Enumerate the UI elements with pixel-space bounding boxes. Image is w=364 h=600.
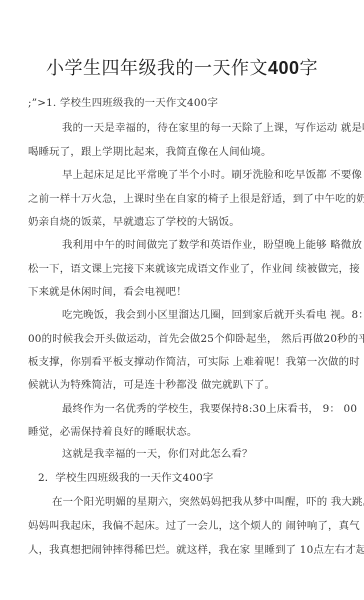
paragraph-line: 在一个阳光明媚的星期六，突然妈妈把我从梦中叫醒，吓的 我大跳。: [52, 495, 364, 509]
paragraph-line: 奶亲自烧的饭菜，早就遗忘了学校的大锅饭。: [28, 215, 240, 229]
paragraph-line: 候就认为特殊简洁，可是连十秒都没 做完就趴下了。: [28, 378, 275, 392]
paragraph-line: 板支撑，你别看平板支撑动作简洁，可实际 上难着呢！我第一次做的时: [28, 355, 360, 369]
paragraph-line: 松一下，语文课上完接下来就该完成语文作业了，作业间 续被做完，接: [28, 262, 360, 276]
paragraph-line: 睡觉，必需保持着良好的睡眠状态。: [28, 425, 197, 439]
paragraph-line: 00的时候我会开头做运动，首先会做25个仰卧起坐， 然后再做20秒的平: [28, 332, 364, 346]
section-2-heading: 2．学校生四班级我的一天作文400字: [38, 471, 214, 485]
paragraph-line: 我的一天是幸福的，待在家里的每一天除了上课，写作运动 就是吃: [62, 121, 364, 135]
paragraph-line: 下来就是休闲时间，看会电视吧！: [28, 285, 187, 299]
paragraph-line: 我利用中午的时间做完了数学和英语作业，盼望晚上能够 略微放: [62, 238, 362, 252]
title-text: 小学生四年级我的一天作文: [46, 58, 268, 79]
paragraph-line: 妈妈叫我起床，我偏不起床。过了一会儿，这个烦人的 闹钟响了，真气: [28, 519, 360, 533]
paragraph-line: 之前一样十万火急，上课时坐在自家的椅子上很是舒适，到了中午吃的奶: [28, 192, 364, 206]
title-suffix: 字: [300, 58, 319, 79]
title-number: 400: [268, 58, 300, 78]
paragraph-line: 人，我真想把闹钟摔得稀巴烂。就这样，我在家 里睡到了 10点左右才起: [28, 543, 364, 557]
document-page: 小学生四年级我的一天作文400字 ;”>1. 学校生四班级我的一天作文400字 …: [0, 0, 364, 600]
paragraph-line: 吃完晚饭，我会到小区里溜达几圈，回到家后就开头看电 视。8：: [62, 308, 364, 322]
document-title: 小学生四年级我的一天作文400字: [0, 56, 364, 81]
paragraph-line: 喝睡玩了，跟上学期比起来，我简直像在人间仙境。: [28, 145, 272, 159]
paragraph-line: 这就是我幸福的一天，你们对此怎么看？: [62, 447, 253, 461]
section-1-heading: ;”>1. 学校生四班级我的一天作文400字: [28, 96, 218, 110]
paragraph-line: 早上起床足足比平常晚了半个小时。刷牙洗脸和吃早饭都 不要像: [62, 168, 362, 182]
paragraph-line: 最终作为一名优秀的学校生，我要保持8:30上床看书， 9： 00: [62, 402, 357, 416]
